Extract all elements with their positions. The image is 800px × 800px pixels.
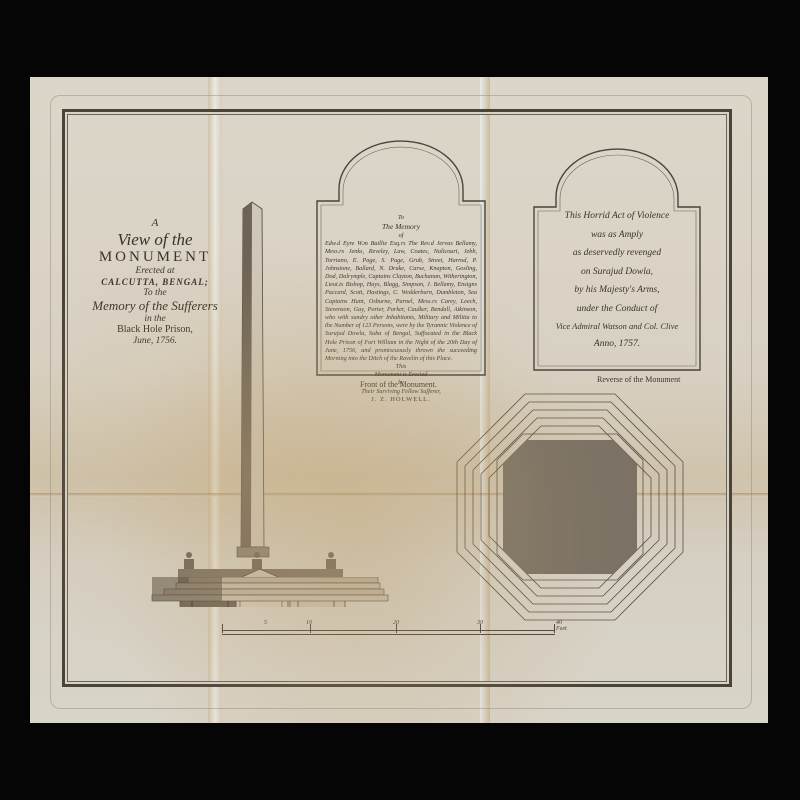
engraving-sheet: A View of the MONUMENT Erected at CALCUT… <box>30 77 768 723</box>
front-heading-to: To <box>325 214 477 222</box>
front-closing-this: This <box>325 363 477 371</box>
reverse-inscription-tablet: This Horrid Act of Violence was as Amply… <box>532 147 702 372</box>
front-closing-erected: Monument is Erected <box>325 371 477 379</box>
reverse-line-2: was as Amply <box>542 226 692 245</box>
reverse-caption: Reverse of the Monument <box>597 375 680 384</box>
scale-label-20: 20 <box>393 620 399 626</box>
front-inscription-tablet: To The Memory of Edw.d Eyre W.m Baillie … <box>315 139 487 377</box>
front-heading-of: of <box>325 232 477 240</box>
scale-label-5: 5 <box>264 620 267 626</box>
front-caption: Front of the Monument. <box>360 380 437 389</box>
reverse-line-6: under the Conduct of <box>542 300 692 319</box>
scale-label-40-feet: 40 Feet <box>556 620 567 632</box>
reverse-line-8: Anno, 1757. <box>542 335 692 354</box>
octagonal-ground-plan <box>455 392 685 622</box>
scale-bar: 5 10 20 30 40 Feet <box>222 630 555 635</box>
reverse-line-1: This Horrid Act of Violence <box>542 207 692 226</box>
scale-label-10: 10 <box>306 620 312 626</box>
front-victim-names: Edw.d Eyre W.m Baillie Esq.rs The Rev.d … <box>325 240 477 363</box>
front-heading-memory: The Memory <box>325 222 477 232</box>
reverse-line-3: as deservedly revenged <box>542 244 692 263</box>
reverse-line-7: Vice Admiral Watson and Col. Clive <box>542 318 692 335</box>
reverse-line-5: by his Majesty's Arms, <box>542 281 692 300</box>
scale-label-30: 30 <box>477 620 483 626</box>
monument-steps <box>150 577 390 607</box>
reverse-line-4: on Surajud Dowla, <box>542 263 692 282</box>
